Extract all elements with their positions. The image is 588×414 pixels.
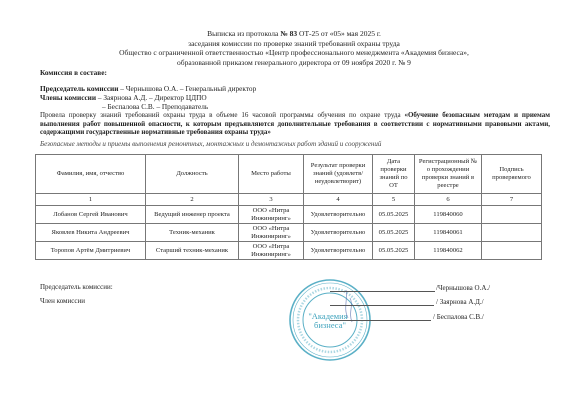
cell-position: Старший техник-механик [146,242,239,260]
commission-member-2: – Беспалова С.В. – Преподаватель [102,102,208,111]
cell-position: Ведущий инженер проекта [146,206,239,224]
cell-signature [482,224,542,242]
header-cell-date: Дата проверки знаний по ОТ [373,155,415,194]
cell-result: Удовлетворительно [304,206,373,224]
svg-text:бизнеса": бизнеса" [314,320,346,330]
cell-workplace: ООО «Нитра Инжиниринг» [239,224,304,242]
table-header-row: Фамилия, имя, отчество Должность Место р… [36,155,542,194]
member-1-signature-name: / Заярнова А.Д./ [436,298,484,307]
member-signature-label: Член комиссии [40,297,85,306]
commission-members: Члены комиссии – Заярнова А.Д. – Директо… [40,93,207,102]
cell-name: Торопов Артём Дмитриевич [36,242,146,260]
table-row: Яковлев Никита Андреевич Техник-механик … [36,224,542,242]
cell-workplace: ООО «Нитра Инжиниринг» [239,206,304,224]
signature-line-chair [330,291,435,292]
header-cell-workplace: Место работы [239,155,304,194]
column-number: 3 [239,194,304,206]
cell-name: Лобанов Сергей Иванович [36,206,146,224]
chair-signature-label: Председатель комиссии: [40,283,113,292]
cell-signature [482,242,542,260]
protocol-number: № 83 [280,29,297,38]
results-table: Фамилия, имя, отчество Должность Место р… [35,154,542,260]
header-cell-position: Должность [146,155,239,194]
header-cell-registry: Регистрационный № о прохождении проверки… [415,155,482,194]
cell-registry: 119840062 [415,242,482,260]
table-row: Торопов Артём Дмитриевич Старший техник-… [36,242,542,260]
table-row: Лобанов Сергей Иванович Ведущий инженер … [36,206,542,224]
header-line-2: заседания комиссии по проверке знаний тр… [0,39,588,49]
header-cell-signature: Подпись проверяемого [482,155,542,194]
column-number: 6 [415,194,482,206]
column-number: 4 [304,194,373,206]
cell-name: Яковлев Никита Андреевич [36,224,146,242]
chair-signature-name: /Чернышова О.А./ [436,284,490,293]
cell-date: 05.05.2025 [373,224,415,242]
column-number: 2 [146,194,239,206]
check-description: Провела проверку знаний требований охран… [40,111,550,137]
commission-title: Комиссия в составе: [40,68,107,77]
protocol-title: Выписка из протокола № 83 ОТ-25 от «05» … [0,29,588,39]
column-number: 1 [36,194,146,206]
work-type-subtitle: Безопасные методы и приемы выполнения ре… [40,140,381,149]
document-header: Выписка из протокола № 83 ОТ-25 от «05» … [0,29,588,67]
cell-date: 05.05.2025 [373,242,415,260]
header-cell-result: Результат проверки знаний (удовлетв/неуд… [304,155,373,194]
cell-position: Техник-механик [146,224,239,242]
member-2-signature-name: / Беспалова С.В./ [433,313,484,322]
organization-name: Общество с ограниченной ответственностью… [0,48,588,58]
column-number: 7 [482,194,542,206]
cell-registry: 119840061 [415,224,482,242]
cell-result: Удовлетворительно [304,242,373,260]
order-reference: образованной приказом генерального дирек… [0,58,588,68]
cell-result: Удовлетворительно [304,224,373,242]
header-cell-name: Фамилия, имя, отчество [36,155,146,194]
column-number: 5 [373,194,415,206]
commission-chair: Председатель комиссии – Чернышова О.А. –… [40,84,256,93]
cell-date: 05.05.2025 [373,206,415,224]
signature-line-member-2 [330,320,431,321]
cell-workplace: ООО «Нитра Инжиниринг» [239,242,304,260]
signature-line-member-1 [330,305,434,306]
cell-signature [482,206,542,224]
table-number-row: 1 2 3 4 5 6 7 [36,194,542,206]
cell-registry: 119840060 [415,206,482,224]
